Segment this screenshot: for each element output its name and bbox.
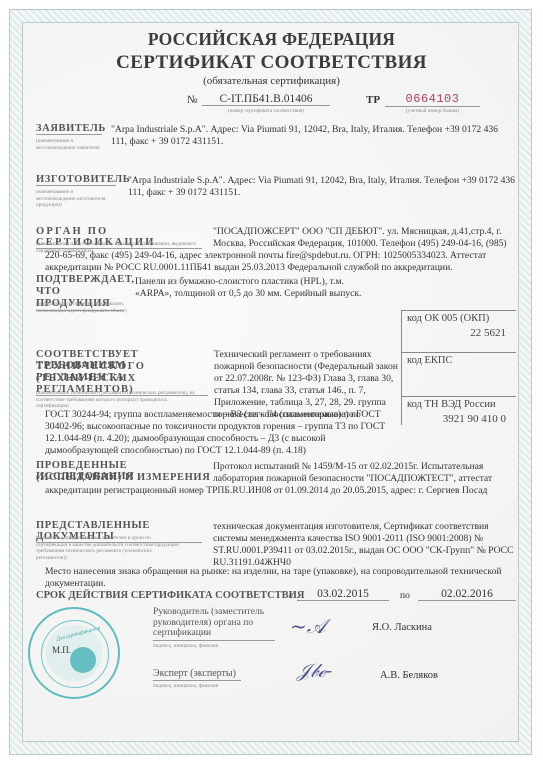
cert-body-text-2: Москва, Российская Федерация, 101000. Те… [213, 238, 518, 250]
expert-name: А.В. Беляков [380, 670, 438, 682]
stamp-mp-label: М.П. [52, 645, 71, 655]
code-ekps-value [402, 366, 516, 369]
code-okp-value: 22 5621 [402, 324, 516, 339]
certificate-number: С-IT.ПБ41.В.01406 [202, 93, 330, 106]
code-tnved-value: 3921 90 410 0 [402, 410, 516, 425]
head-role: Руководитель (заместитель руководителя) … [153, 607, 275, 641]
validity-label: СРОК ДЕЙСТВИЯ СЕРТИФИКАТА СООТВЕТСТВИЯ [36, 590, 304, 601]
tr-label: ТР [366, 94, 380, 106]
documents-text: техническая документация изготовителя, С… [213, 521, 515, 569]
tr-caption: (учетный номер бланка) [385, 108, 480, 115]
code-okp-label: код ОК 005 (ОКП) [402, 311, 516, 324]
official-stamp: Для сертификатов М.П. [28, 607, 120, 699]
number-caption: (номер сертификата соответствия) [202, 108, 330, 115]
validity-from-date: 03.02.2015 [297, 588, 389, 601]
validity-to-label: по [400, 590, 410, 602]
country-title: РОССИЙСКАЯ ФЕДЕРАЦИЯ [0, 29, 543, 50]
expert-role: Эксперт (эксперты) [153, 668, 241, 681]
number-label: № [187, 94, 198, 106]
head-signature: ~𝒜 [290, 614, 326, 638]
applicant-caption: (наименование и местонахождение заявител… [36, 138, 102, 151]
code-box-tnved: код ТН ВЭД России 3921 90 410 0 [401, 396, 516, 425]
code-ekps-label: код ЕКПС [402, 353, 516, 366]
compliance-text-full: ГОСТ 30244-94; группа воспламеняемости –… [45, 409, 401, 457]
head-name: Я.О. Ласкина [372, 622, 432, 634]
validity-to-date: 02.02.2016 [418, 588, 516, 601]
cert-body-text-1: "ПОСАДПОЖСЕРТ" ООО "СП ДЕБЮТ". ул. Мясни… [213, 226, 518, 238]
compliance-caption: (наименование технического регламента (т… [36, 390, 196, 410]
expert-signature: 𝒥𝒷ℯ- [297, 660, 332, 682]
product-caption: (информация об объекте сертификации, поз… [36, 301, 136, 314]
tests-text-side: Протокол испытаний № 1459/М-15 от 02.02.… [213, 461, 493, 485]
code-box-okp: код ОК 005 (ОКП) 22 5621 [401, 310, 516, 353]
documents-caption: (документы, представленные заявителем в … [36, 535, 181, 561]
tests-text-full: аккредитации регистрационный номер ТРПБ.… [45, 485, 515, 497]
certificate-subtitle: (обязательная сертификация) [0, 75, 543, 87]
tr-number: 0664103 [385, 92, 480, 107]
marking-text: Место нанесения знака обращения на рынке… [45, 566, 515, 590]
tests-heading-2: (ИСПЫТАНИЯ) И ИЗМЕРЕНИЯ [36, 472, 216, 483]
manufacturer-heading: ИЗГОТОВИТЕЛЬ [36, 174, 116, 186]
stamp-logo-icon [70, 647, 96, 673]
applicant-text: "Arpa Industriale S.p.A". Адрес: Via Piu… [111, 124, 515, 148]
expert-caption: подпись, инициалы, фамилия [153, 683, 275, 690]
applicant-heading: ЗАЯВИТЕЛЬ [36, 123, 102, 135]
code-tnved-label: код ТН ВЭД России [402, 397, 516, 410]
manufacturer-caption: (наименование и местонахождение изготови… [36, 189, 108, 209]
cert-body-text-rest: 220-65-69, факс (495) 249-04-16, адрес э… [45, 250, 515, 274]
certificate-title: СЕРТИФИКАТ СООТВЕТСТВИЯ [0, 52, 543, 74]
validity-from-label: с [289, 590, 293, 602]
head-caption: подпись, инициалы, фамилия [153, 643, 275, 650]
code-box-ekps: код ЕКПС [401, 352, 516, 397]
manufacturer-text: "Arpa Industriale S.p.A". Адрес: Via Piu… [128, 175, 518, 199]
product-text: Панели из бумажно-слоистого пластика (HP… [135, 276, 375, 300]
